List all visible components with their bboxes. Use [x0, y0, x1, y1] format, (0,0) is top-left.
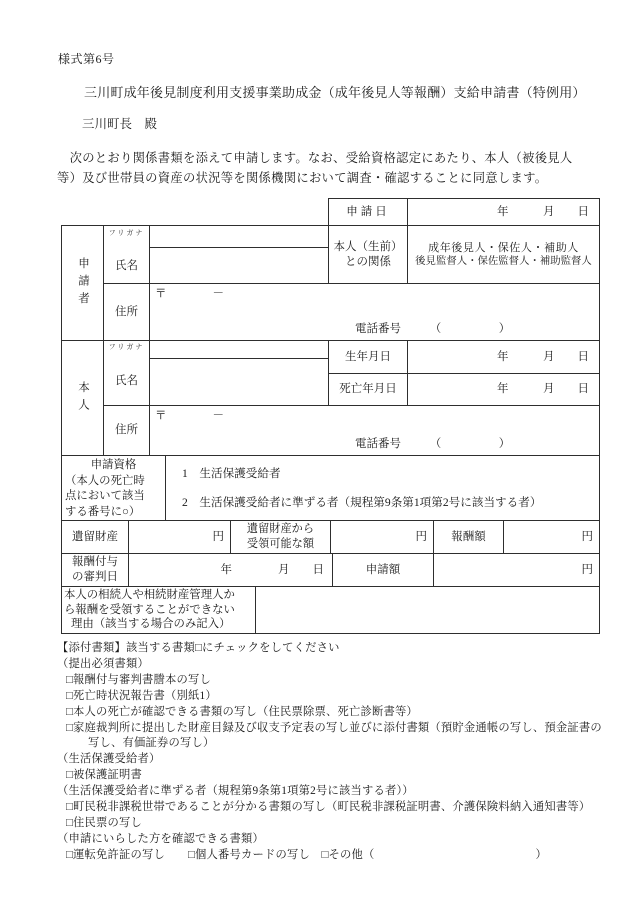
- page-title: 三川町成年後見制度利用支援事業助成金（成年後見人等報酬）支給申請書（特例用）: [84, 82, 586, 101]
- checkbox-line-welfare-certificate: □被保護証明書: [57, 768, 605, 784]
- receivable-label-line1: 遺留財産から: [247, 522, 314, 537]
- qualification-label-line3: 点において該当: [65, 489, 145, 505]
- applicant-address-field: 〒 － 電話番号 （ ）: [149, 283, 600, 341]
- attachments-group-required: （提出必須書類）: [57, 657, 605, 673]
- addressee: 三川町長 殿: [82, 114, 157, 132]
- estate-amount-cell: 円: [128, 520, 231, 554]
- qualification-label-line1: 申請資格: [65, 458, 162, 474]
- intro-paragraph: 次のとおり関係書類を添えて申請します。なお、受給資格認定にあたり、本人（被後見人…: [57, 149, 579, 188]
- estate-label-cell: 遺留財産: [61, 520, 129, 554]
- qualification-option-1: 1 生活保護受給者: [182, 466, 281, 481]
- principal-section-cell: 本人: [61, 340, 104, 456]
- applicant-furigana-label: フリガナ: [109, 229, 145, 238]
- adjudication-label-line1: 報酬付与: [72, 555, 118, 570]
- relation-options-line2: 後見監督人・保佐監督人・補助監督人: [415, 255, 592, 269]
- receivable-label-line2: 受領可能な額: [247, 537, 314, 552]
- applicant-section-label: 申請者: [75, 257, 90, 310]
- intro-line-1: 次のとおり関係書類を添えて申請します。なお、受給資格認定にあたり、本人（被後見人: [57, 149, 579, 169]
- adjudication-date-value-cell: 年 月 日: [128, 553, 333, 587]
- attachments-heading: 【添付書類】該当する書類□にチェックをしてください: [57, 641, 605, 657]
- application-date-value-cell: 年 月 日: [407, 198, 600, 226]
- checkbox-line-adjudication-copy: □報酬付与審判書謄本の写し: [57, 673, 605, 689]
- qualification-label-line2: （本人の死亡時: [65, 474, 145, 490]
- birth-date-value-cell: 年 月 日: [407, 340, 600, 374]
- form-document-page: 様式第6号 三川町成年後見制度利用支援事業助成金（成年後見人等報酬）支給申請書（…: [0, 0, 630, 903]
- principal-postal-code: 〒 －: [150, 406, 599, 424]
- attachments-section: 【添付書類】該当する書類□にチェックをしてください （提出必須書類） □報酬付与…: [57, 641, 605, 864]
- checkbox-line-property-inventory: □家庭裁判所に提出した財産目録及び収支予定表の写し並びに添付書類（預貯金通帳の写…: [57, 721, 605, 737]
- principal-section-label: 本人: [75, 381, 90, 416]
- applicant-postal-code: 〒 －: [150, 284, 599, 302]
- remuneration-label-cell: 報酬額: [433, 520, 504, 554]
- reason-label-line1: 本人の相続人や相続財産管理人か: [64, 588, 235, 603]
- qualification-label-cell: 申請資格 （本人の死亡時 点において該当 する番号に○）: [61, 455, 166, 521]
- death-date-label-cell: 死亡年月日: [328, 373, 408, 406]
- qualification-option-2: 2 生活保護受給者に準ずる者（規程第9条第1項第2号に該当する者）: [182, 495, 541, 510]
- applicant-relation-label-cell: 本人（生前） との関係: [328, 225, 408, 284]
- qualification-options-cell: 1 生活保護受給者 2 生活保護受給者に準ずる者（規程第9条第1項第2号に該当す…: [165, 455, 600, 521]
- checkbox-line-tax-exemption: □町民税非課税世帯であることが分かる書類の写し（町民税非課税証明書、介護保険料納…: [57, 800, 605, 816]
- principal-address-field: 〒 － 電話番号 （ ）: [149, 405, 600, 456]
- reason-label-line2: ら報酬を受領することができない: [64, 603, 235, 618]
- applicant-name-label-cell: フリガナ 氏名: [103, 225, 150, 284]
- applicant-name-field: [149, 247, 329, 284]
- reason-label-line3: 理由（該当する場合のみ記入）: [64, 617, 230, 632]
- applicant-relation-options-cell: 成年後見人・保佐人・補助人 後見監督人・保佐監督人・補助監督人: [407, 225, 600, 284]
- intro-line-2: 等）及び世帯員の資産の状況等を関係機関において調査・確認することに同意します。: [57, 169, 579, 189]
- relation-options-line1: 成年後見人・保佐人・補助人: [428, 241, 579, 255]
- principal-name-field: [149, 358, 329, 406]
- request-amount-label-cell: 申請額: [332, 553, 434, 587]
- checkbox-line-property-inventory-cont: 写し、有価証券の写し）: [57, 736, 605, 752]
- attachments-group-welfare: （生活保護受給者）: [57, 752, 605, 768]
- birth-date-label-cell: 生年月日: [328, 340, 408, 374]
- attachments-group-identity: （申請にいらした方を確認できる書類）: [57, 832, 605, 848]
- checkbox-line-death-proof: □本人の死亡が確認できる書類の写し（住民票除票、死亡診断書等）: [57, 705, 605, 721]
- principal-name-label-cell: フリガナ 氏名: [103, 340, 150, 406]
- receivable-label-cell: 遺留財産から 受領可能な額: [230, 520, 331, 554]
- principal-furigana-label: フリガナ: [109, 343, 145, 352]
- remuneration-amount-cell: 円: [503, 520, 600, 554]
- death-date-value-cell: 年 月 日: [407, 373, 600, 406]
- adjudication-date-label-cell: 報酬付与 の審判日: [61, 553, 129, 587]
- qualification-label-line4: する番号に○）: [65, 505, 140, 521]
- relation-label-line2: との関係: [345, 255, 391, 270]
- receivable-amount-cell: 円: [330, 520, 434, 554]
- adjudication-label-line2: の審判日: [72, 570, 118, 585]
- applicant-section-cell: 申請者: [61, 225, 104, 341]
- form-number: 様式第6号: [58, 50, 115, 67]
- applicant-address-label-cell: 住所: [103, 283, 150, 341]
- principal-furigana-field: [149, 340, 329, 359]
- relation-label-line1: 本人（生前）: [334, 240, 403, 255]
- principal-phone-number: 電話番号 （ ）: [150, 437, 599, 455]
- request-amount-value-cell: 円: [433, 553, 600, 587]
- applicant-furigana-field: [149, 225, 329, 248]
- principal-address-label-cell: 住所: [103, 405, 150, 456]
- reason-label-cell: 本人の相続人や相続財産管理人か ら報酬を受領することができない 理由（該当する場…: [61, 586, 256, 634]
- attachments-group-welfare-equivalent: （生活保護受給者に準ずる者（規程第9条第1項第2号に該当する者））: [57, 784, 605, 800]
- applicant-name-label: 氏名: [115, 259, 138, 274]
- checkbox-line-death-report: □死亡時状況報告書（別紙1）: [57, 689, 605, 705]
- application-date-label-cell: 申請日: [328, 198, 408, 226]
- applicant-phone-number: 電話番号 （ ）: [150, 322, 599, 340]
- checkbox-line-resident-card: □住民票の写し: [57, 816, 605, 832]
- application-form-table: 申請日 年 月 日 申請者 フリガナ 氏名 本人（生前） との関係 成年後見人・…: [61, 198, 600, 635]
- principal-name-label: 氏名: [115, 374, 138, 389]
- checkbox-line-identity-documents: □運転免許証の写し □個人番号カードの写し □その他（ ）: [57, 848, 605, 864]
- reason-value-field: [255, 586, 600, 634]
